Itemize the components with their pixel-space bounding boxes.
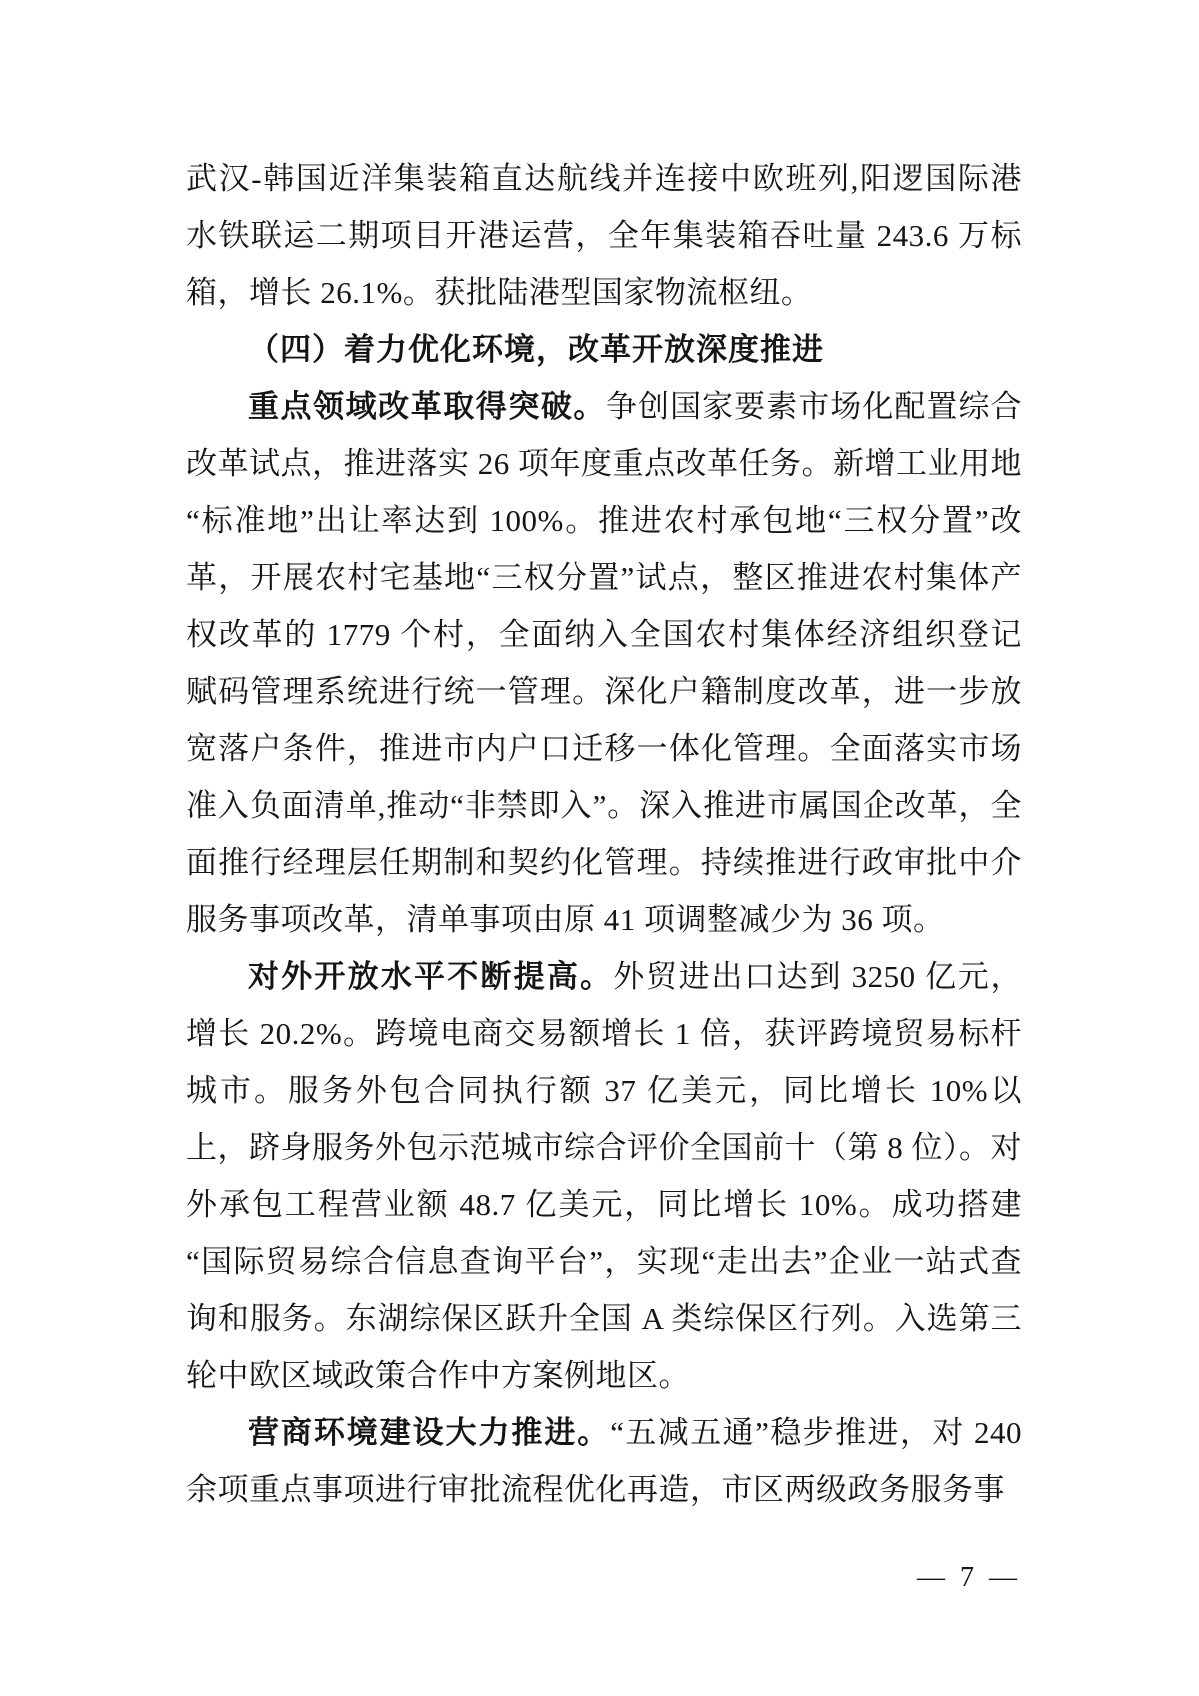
- paragraph-text: 争创国家要素市场化配置综合改革试点，推进落实 26 项年度重点改革任务。新增工业…: [186, 389, 1022, 937]
- document-page: 武汉-韩国近洋集装箱直达航线并连接中欧班列,阳逻国际港水铁联运二期项目开港运营，…: [0, 0, 1199, 1696]
- paragraph: 对外开放水平不断提高。外贸进出口达到 3250 亿元，增长 20.2%。跨境电商…: [186, 948, 1022, 1404]
- paragraph-lead: 对外开放水平不断提高。: [248, 959, 613, 994]
- paragraph: 重点领域改革取得突破。争创国家要素市场化配置综合改革试点，推进落实 26 项年度…: [186, 378, 1022, 948]
- section-heading: （四）着力优化环境，改革开放深度推进: [186, 321, 1022, 378]
- text-content: 武汉-韩国近洋集装箱直达航线并连接中欧班列,阳逻国际港水铁联运二期项目开港运营，…: [186, 150, 1022, 1518]
- paragraph-text: 外贸进出口达到 3250 亿元，增长 20.2%。跨境电商交易额增长 1 倍，获…: [186, 959, 1022, 1393]
- page-number: — 7 —: [917, 1560, 1021, 1596]
- paragraph-continuation: 武汉-韩国近洋集装箱直达航线并连接中欧班列,阳逻国际港水铁联运二期项目开港运营，…: [186, 150, 1022, 321]
- paragraph-text: 武汉-韩国近洋集装箱直达航线并连接中欧班列,阳逻国际港水铁联运二期项目开港运营，…: [186, 161, 1022, 310]
- paragraph: 营商环境建设大力推进。“五减五通”稳步推进，对 240 余项重点事项进行审批流程…: [186, 1404, 1022, 1518]
- paragraph-lead: 重点领域改革取得突破。: [248, 389, 606, 424]
- paragraph-lead: 营商环境建设大力推进。: [248, 1415, 610, 1450]
